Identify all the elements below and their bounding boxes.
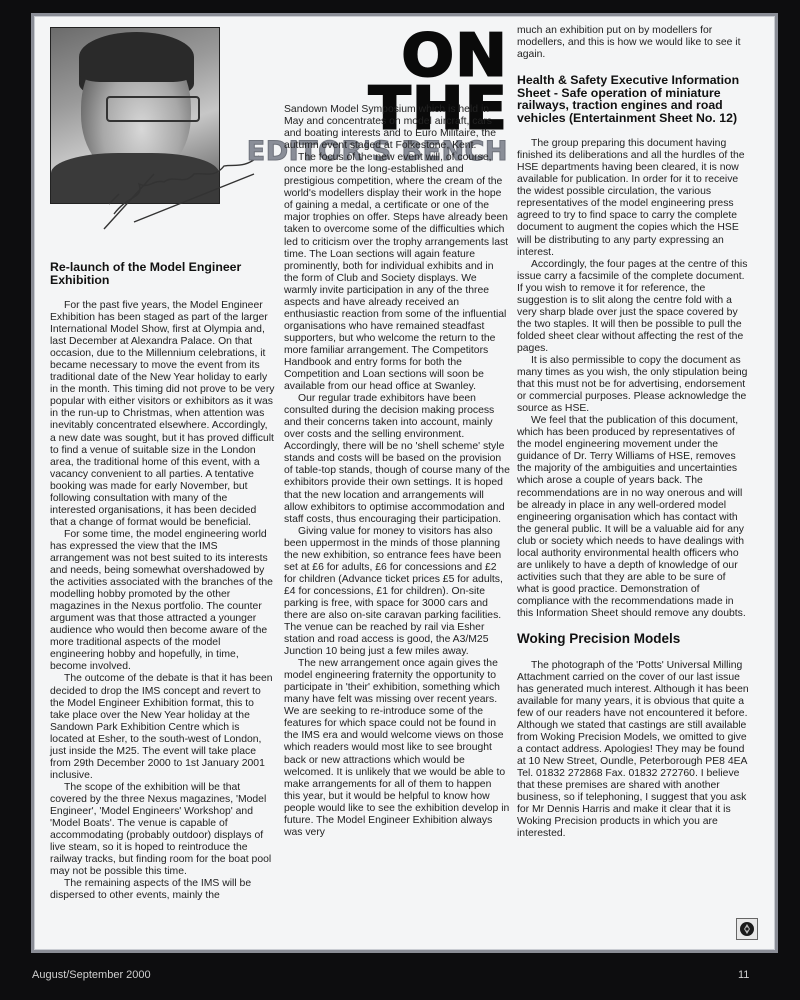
heading-hse: Health & Safety Executive Information Sh… <box>517 74 749 124</box>
paragraph: Our regular trade exhibitors have been c… <box>284 393 510 526</box>
signature-icon <box>94 144 264 234</box>
magazine-page: ON THE EDITOR'S BENCH Re-launch of the M… <box>31 13 778 953</box>
paragraph: The photograph of the 'Potts' Universal … <box>517 660 749 841</box>
paragraph: much an exhibition put on by modellers f… <box>517 25 749 61</box>
paragraph: It is also permissible to copy the docum… <box>517 355 749 415</box>
photo-glasses <box>106 96 200 122</box>
paragraph: The focus of the new event will, of cour… <box>284 152 510 393</box>
column-2: Sandown Model Symposium which is held in… <box>284 104 510 839</box>
paragraph: Accordingly, the four pages at the centr… <box>517 259 749 355</box>
paragraph: Giving value for money to visitors has a… <box>284 526 510 659</box>
paragraph: Sandown Model Symposium which is held in… <box>284 104 510 152</box>
paragraph: For some time, the model engineering wor… <box>50 529 275 674</box>
end-of-article-logo-icon <box>736 918 758 940</box>
paragraph: The group preparing this document having… <box>517 138 749 258</box>
heading-relaunch: Re-launch of the Model Engineer Exhibiti… <box>50 261 275 286</box>
paragraph: For the past five years, the Model Engin… <box>50 300 275 529</box>
paragraph: The outcome of the debate is that it has… <box>50 673 275 781</box>
paragraph: The new arrangement once again gives the… <box>284 658 510 839</box>
paragraph: The remaining aspects of the IMS will be… <box>50 878 275 902</box>
column-1: Re-launch of the Model Engineer Exhibiti… <box>50 261 275 902</box>
issue-date: August/September 2000 <box>32 969 151 981</box>
paragraph: We feel that the publication of this doc… <box>517 415 749 620</box>
heading-woking: Woking Precision Models <box>517 633 749 646</box>
paragraph: The scope of the exhibition will be that… <box>50 782 275 878</box>
page-number: 11 <box>738 969 749 981</box>
column-3: much an exhibition put on by modellers f… <box>517 25 749 840</box>
photo-hair-top <box>79 32 194 82</box>
